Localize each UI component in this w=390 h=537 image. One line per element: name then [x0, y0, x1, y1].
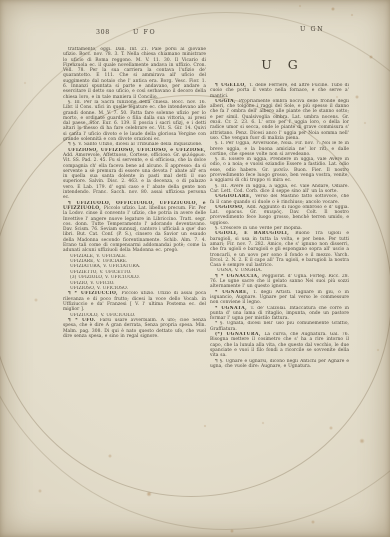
entry-headword: * UGNATA,: [215, 306, 251, 311]
entry-headword: (*) UGNATURA,: [215, 332, 264, 337]
text-paragraph: §. III. Per la Sacra funzione della chie…: [63, 100, 206, 142]
dictionary-entry: ¶ UGELLO, T. delle Ferriere, ed altre Fu…: [210, 83, 349, 99]
text-paragraph: §. II. Essere in uggia, Prendere in uggi…: [210, 157, 349, 183]
running-head-left: U FO: [133, 29, 156, 36]
text-paragraph: * §. Ugnata, dicesi nell' uso più comune…: [210, 321, 349, 332]
entry-headword: UGGIOSO,: [215, 205, 247, 210]
dictionary-entry: UGGIA, Propriamente ombra nociva delle f…: [210, 99, 349, 141]
dictionary-entry: UGIOLI, E BARUGIOLI, Buono Tra ugioli e …: [210, 231, 349, 268]
text-paragraph: trattamento, oggi. Dan. Inf. 21. Pale po…: [63, 47, 206, 100]
dictionary-entry: * UGNARE, T. degli Artisti. Tagliare in …: [210, 290, 349, 306]
left-text-column: trattamento, oggi. Dan. Inf. 21. Pale po…: [63, 47, 206, 427]
dictionary-entry: ¶ * UGNACCIA, Peggiorat. d' Ugna. Forteg…: [210, 274, 349, 290]
dictionary-entry: ¶ * UFIZIUCCIO, Piccolo ufizio. Ufizio d…: [63, 291, 206, 312]
entry-headword: ¶ * UFIZIUCCIO,: [68, 291, 121, 296]
entry-headword: ¶ UGELLO,: [215, 83, 249, 88]
section-heading: U G: [216, 57, 349, 72]
entry-headword: UFIZIOSO, UFFIZIOSO, UFICIOSO, e UFIZIOS…: [68, 148, 206, 153]
entry-headword: UGGIOLARE,: [215, 194, 255, 199]
page-number: 308: [96, 29, 110, 36]
entry-headword: ¶ * UFO.: [68, 318, 100, 323]
dictionary-entry: UFIZIOSO, UFFIZIOSO, UFICIOSO, e UFIZIOS…: [63, 148, 206, 201]
text-paragraph: §. III. Avere in uggia, a uggia, ec. val…: [210, 184, 349, 195]
entry-headword: UGIOLI, E BARUGIOLI,: [215, 231, 295, 236]
dictionary-entry: UGGIOLARE, Verso del Mastino fatto sotto…: [210, 194, 349, 205]
entry-headword: * UGNARE,: [215, 290, 253, 295]
right-text-column: U G¶ UGELLO, T. delle Ferriere, ed altre…: [210, 40, 349, 432]
text-paragraph: ¶ §. Ugnare e ugnarsi, dicono negli Anti…: [210, 359, 349, 370]
scanned-book-page: 308 U FO U GN trattamento, oggi. Dan. In…: [0, 0, 390, 537]
dictionary-entry: ¶ UFIZIUOLO, OFFICIUOLO, UFFIZIUOLO, e U…: [63, 201, 206, 254]
entry-headword: ¶ * UGNACCIA,: [215, 274, 262, 279]
entry-headword: ¶ UFIZIUOLO, OFFICIUOLO, UFFIZIUOLO, e U…: [63, 201, 206, 211]
running-head-right: U GN: [300, 26, 324, 33]
dictionary-entry: * UGNATA, T. de' Calzolai. Intaccatura c…: [210, 306, 349, 322]
dictionary-entry: ¶ * UFO. Farsi usare avverbialm. A ufo; …: [63, 318, 206, 339]
dictionary-entry: UGGIOSO, Add. Aggiunto di luogo ombroso …: [210, 205, 349, 226]
entry-headword: UGGIA,: [215, 99, 239, 104]
dictionary-entry: (*) UGNATURA, La curva, che Augnatura. G…: [210, 332, 349, 358]
text-paragraph: §. I. Per Uggia, Avversione, Noia. Fir. …: [210, 141, 349, 157]
